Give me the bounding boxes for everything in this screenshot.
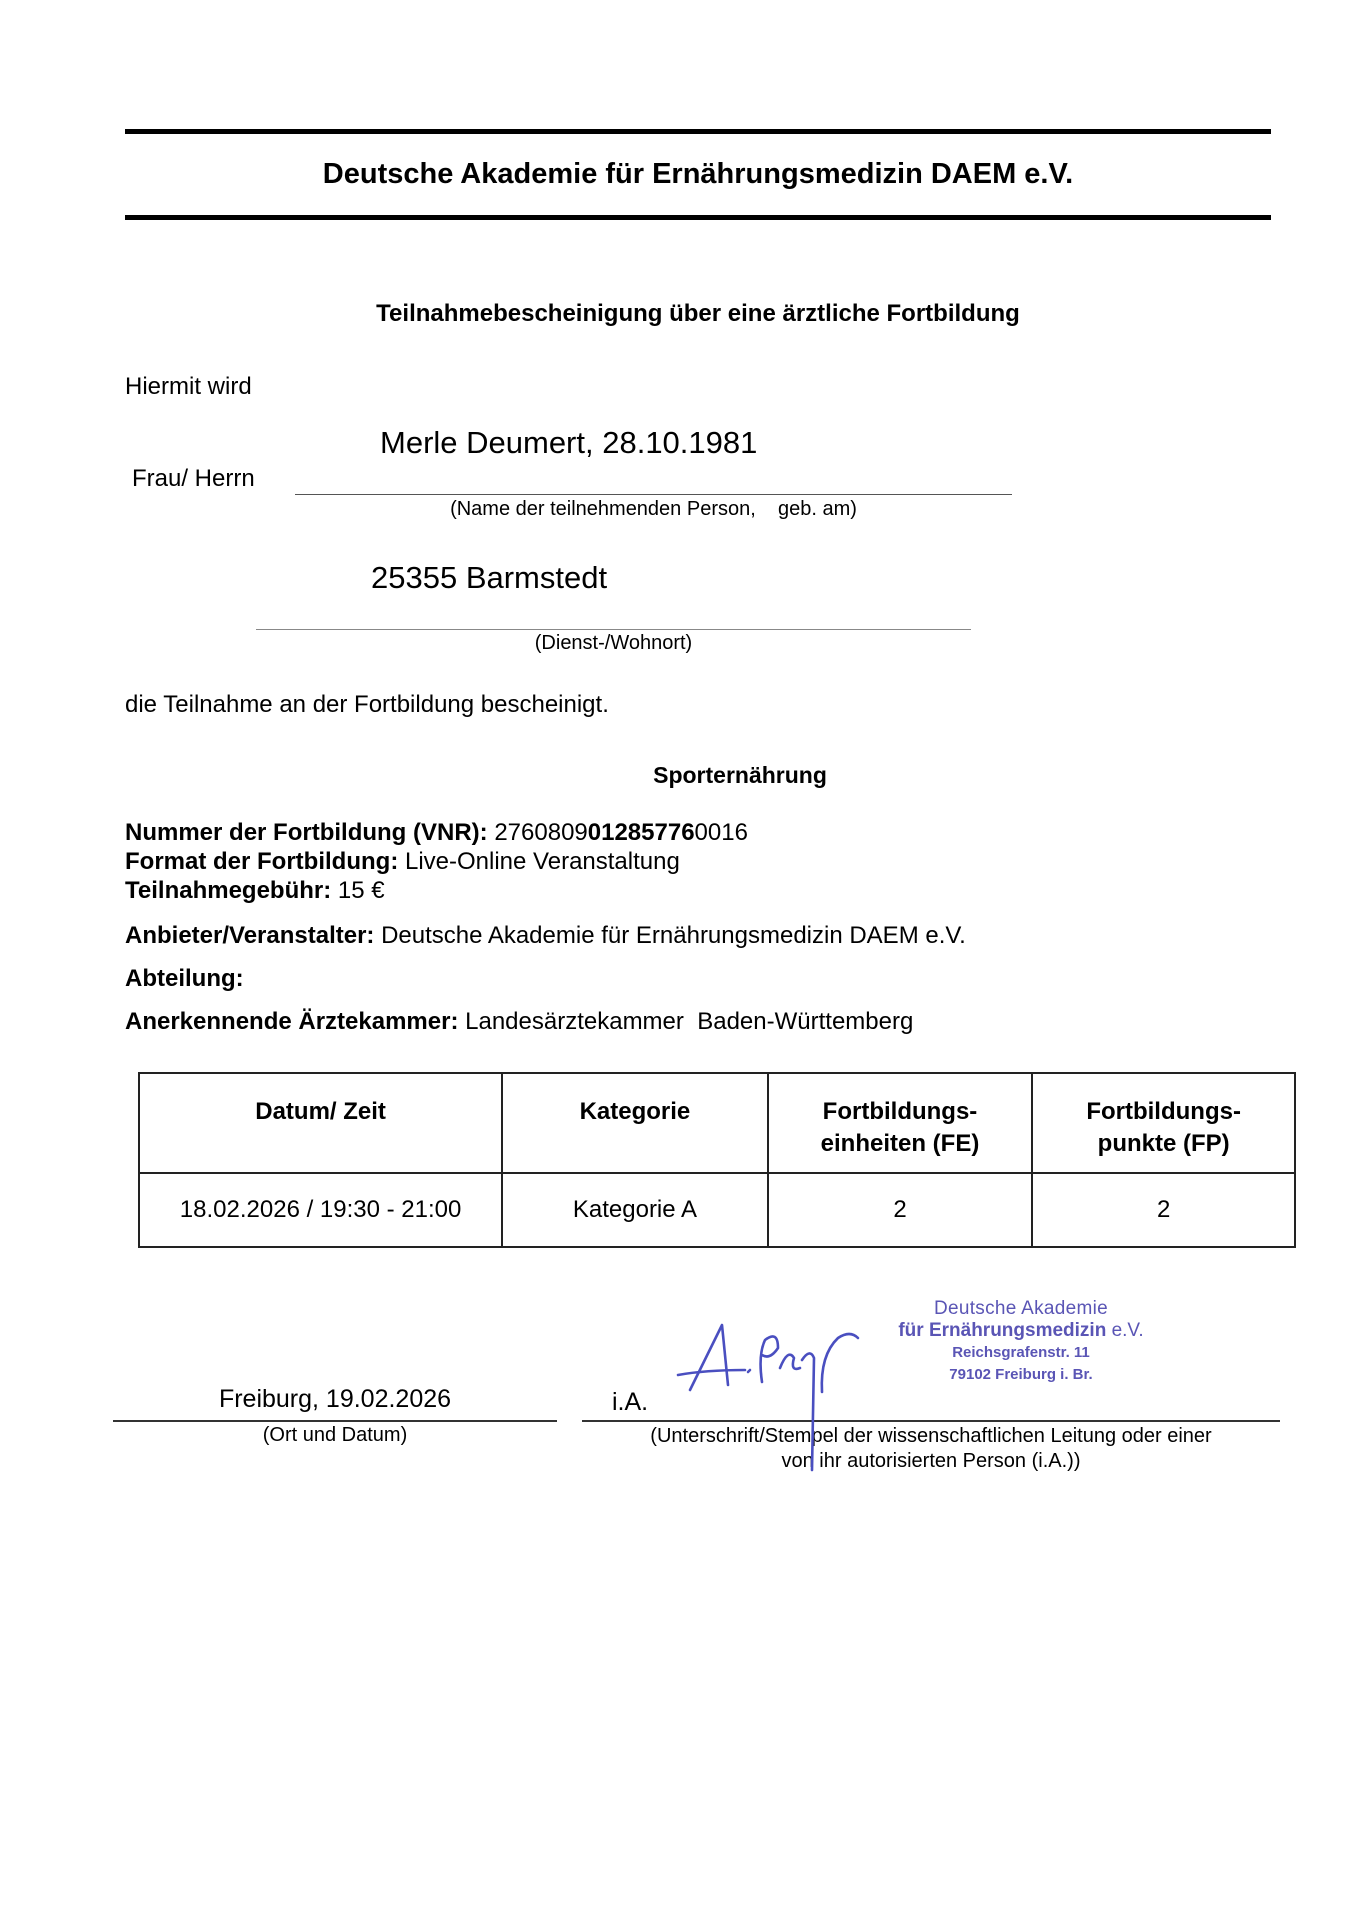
- stamp-line3: Reichsgrafenstr. 11: [896, 1342, 1146, 1364]
- ia-label: i.A.: [612, 1388, 648, 1417]
- course-title: Sporternährung: [540, 762, 940, 789]
- fee-label: Teilnahmegebühr:: [125, 877, 331, 904]
- header-category: Kategorie: [502, 1073, 767, 1173]
- format-label: Format der Fortbildung:: [125, 848, 398, 875]
- name-underline: [295, 494, 1012, 495]
- cell-fe: 2: [768, 1173, 1033, 1247]
- header-fe: Fortbildungs-einheiten (FE): [768, 1073, 1033, 1173]
- location-underline: [256, 629, 971, 630]
- cell-fp: 2: [1032, 1173, 1295, 1247]
- name-caption: (Name der teilnehmenden Person, geb. am): [295, 498, 1012, 521]
- header-date-time: Datum/ Zeit: [139, 1073, 502, 1173]
- confirmation-text: die Teilnahme an der Fortbildung beschei…: [125, 691, 609, 719]
- location-caption: (Dienst-/Wohnort): [256, 632, 971, 655]
- vnr-bold: 01285776: [588, 819, 695, 846]
- vnr-line: Nummer der Fortbildung (VNR): 2760809012…: [125, 819, 748, 847]
- cell-category: Kategorie A: [502, 1173, 767, 1247]
- table-header-row: Datum/ Zeit Kategorie Fortbildungs-einhe…: [139, 1073, 1295, 1173]
- handwritten-signature-icon: [670, 1320, 910, 1490]
- department-label: Abteilung:: [125, 965, 244, 992]
- department-line: Abteilung:: [125, 965, 244, 993]
- header-bottom-rule: [125, 215, 1271, 220]
- place-date: Freiburg, 19.02.2026: [113, 1385, 557, 1414]
- provider-value: Deutsche Akademie für Ernährungsmedizin …: [381, 922, 966, 949]
- organization-header: Deutsche Akademie für Ernährungsmedizin …: [125, 158, 1271, 191]
- vnr-label: Nummer der Fortbildung (VNR):: [125, 819, 488, 846]
- salutation-label: Frau/ Herrn: [132, 465, 255, 493]
- header-top-rule: [125, 129, 1271, 134]
- fee-line: Teilnahmegebühr: 15 €: [125, 877, 385, 905]
- vnr-suffix: 0016: [695, 819, 748, 846]
- participant-name-dob: Merle Deumert, 28.10.1981: [380, 425, 757, 461]
- provider-line: Anbieter/Veranstalter: Deutsche Akademie…: [125, 922, 966, 950]
- format-value: Live-Online Veranstaltung: [405, 848, 680, 875]
- provider-label: Anbieter/Veranstalter:: [125, 922, 374, 949]
- fee-value: 15 €: [338, 877, 385, 904]
- stamp-line4: 79102 Freiburg i. Br.: [896, 1364, 1146, 1386]
- participant-location: 25355 Barmstedt: [371, 560, 607, 596]
- document-title: Teilnahmebescheinigung über eine ärztlic…: [125, 300, 1271, 328]
- chamber-label: Anerkennende Ärztekammer:: [125, 1008, 458, 1035]
- stamp-line1: Deutsche Akademie: [896, 1298, 1146, 1320]
- chamber-line: Anerkennende Ärztekammer: Landesärztekam…: [125, 1008, 913, 1036]
- table-row: 18.02.2026 / 19:30 - 21:00 Kategorie A 2…: [139, 1173, 1295, 1247]
- organization-stamp: Deutsche Akademie für Ernährungsmedizin …: [896, 1298, 1146, 1386]
- stamp-line2: für Ernährungsmedizin e.V.: [896, 1320, 1146, 1342]
- place-date-line: [113, 1420, 557, 1422]
- cell-date-time: 18.02.2026 / 19:30 - 21:00: [139, 1173, 502, 1247]
- place-date-caption: (Ort und Datum): [113, 1424, 557, 1447]
- chamber-value: Landesärztekammer Baden-Württemberg: [465, 1008, 913, 1035]
- intro-text: Hiermit wird: [125, 373, 252, 401]
- training-table: Datum/ Zeit Kategorie Fortbildungs-einhe…: [138, 1072, 1296, 1248]
- format-line: Format der Fortbildung: Live-Online Vera…: [125, 848, 680, 876]
- header-fp: Fortbildungs-punkte (FP): [1032, 1073, 1295, 1173]
- vnr-prefix: 2760809: [494, 819, 587, 846]
